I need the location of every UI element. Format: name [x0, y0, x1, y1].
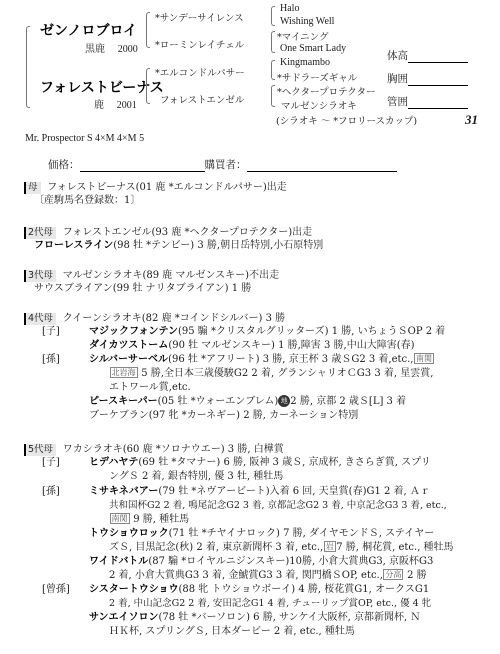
- gen4-e2-name: ダイカツストーム: [89, 340, 168, 351]
- gen2-dam-sire: *エルコンドルパサー: [155, 65, 245, 79]
- gen5-e5-text: (88 牝 トウショウボーイ) 4 勝, 桜花賞G1, オークスG1: [179, 584, 430, 595]
- inbreeding-note: Mr. Prospector S 4×M 4×M 5: [25, 133, 144, 144]
- height-input-line[interactable]: [408, 50, 468, 63]
- gen4-e4-text-a: (05 牡 *ウォーエンブレム): [158, 396, 279, 407]
- gen5-e4-cont2: 2 勝: [407, 570, 427, 581]
- gen5-e2-text: (79 牡 *ネヴアービート)入着 6 回, 天皇賞(春)G1 2 着, Ａｒ: [158, 486, 430, 497]
- page-number: 31: [465, 112, 478, 128]
- gen5-child-tag: [子]: [42, 456, 60, 470]
- gen5-grand-tag: [孫]: [42, 485, 60, 499]
- section-label-gen3: 3代母: [24, 270, 56, 282]
- dam-color-year: 鹿 2001: [94, 96, 137, 111]
- gen4-line1: クイーンシラオキ(82 鹿 *コインドシルバー) 3 勝: [63, 313, 285, 324]
- gen5-e6-text: (78 牡 *バーソロン) 6 勝, サンケイ大阪杯, 京都新聞杯, Ｎ: [159, 612, 421, 623]
- section-label-dam: 母: [24, 182, 41, 194]
- chest-label: 胸囲: [387, 73, 408, 85]
- track-badge-iwate: 岩: [324, 541, 336, 552]
- chest-input-line[interactable]: [408, 73, 468, 86]
- gen3-line1: マルゼンシラオキ(89 鹿 マルゼンスキー)不出走: [63, 270, 279, 281]
- gen5-e2-name: ミサキネバアー: [89, 486, 158, 497]
- section-label-gen2: 2代母: [24, 227, 56, 239]
- sire-year: 2000: [118, 44, 138, 55]
- gen4-e1-text: (95 騸 *クリスタルグリッターズ) 1 勝, いちょうＳOP 2 着: [178, 326, 445, 337]
- gen5-e1-text: (69 牡 *タマナー) 6 勝, 阪神 3 歳Ｓ, 京成杯, きさらぎ賞, ス…: [138, 457, 430, 468]
- gen5-line1: ワカシラオキ(60 鹿 *ソロナウエー) 3 勝, 白樺賞: [63, 444, 284, 455]
- section-label-gen5: 5代母: [24, 444, 56, 456]
- gen5-e1-name: ヒデハヤテ: [89, 457, 138, 468]
- family-line: (シラオキ 〜 *フロリースカップ): [276, 113, 417, 127]
- gen4-e3-cont: 5 勝,全日本三歳優駿G2 2 着, グランシャリオＣG3 3 着, 星雲賞,: [141, 368, 433, 379]
- gen3-3: *マイニング: [277, 29, 329, 43]
- gen5-e6-cont: ＨＫ杯, スプリングＳ, 日本ダービー 2 着, etc., 種牡馬: [109, 625, 355, 639]
- cannon-label: 管囲: [387, 96, 408, 108]
- gen3-6: *サドラーズギャル: [277, 70, 357, 84]
- chest-field[interactable]: 胸囲: [387, 71, 468, 86]
- track-badge-hokkaido-iwate-hokkai: 北岩海: [110, 367, 138, 378]
- sale-line: 価格：購買者：: [48, 157, 397, 172]
- gen4-e4-name: ピースキーパー: [89, 396, 158, 407]
- gen4-grand-tag: [孫]: [42, 353, 60, 367]
- sire-color: 黒鹿: [85, 44, 105, 55]
- gen5-e1-cont: ングＳ 2 着, 銀杏特別, 優 3 牡, 種牡馬: [109, 470, 283, 484]
- gen4-e3-name: シルバーサーベル: [89, 354, 168, 365]
- height-label: 体高: [387, 50, 408, 62]
- gen4-e2-text: (90 牡 マルゼンスキー) 1 勝,障害 3 勝,中山大障害(春): [168, 340, 414, 351]
- dam-foal-count: 〔産駒馬名登録数：1〕: [34, 194, 140, 208]
- dam-line1: フォレストビーナス(01 鹿 *エルコンドルパサー)出走: [47, 182, 287, 193]
- gen5-e3-text: (71 牡 *チヤイナロック) 7 勝, ダイヤモンドＳ, ステイヤー: [169, 528, 435, 539]
- gen5-e2-cont: 共和国杯G2 2 着, 鳴尾記念G2 3 着, 京都記念G2 3 着, 中京記念…: [109, 499, 447, 513]
- gen4-child-tag: [子]: [42, 325, 60, 339]
- gen5-e6-name: サンエイソロン: [89, 612, 159, 623]
- dam-brace: [146, 68, 150, 104]
- brace-g3-2: [271, 31, 275, 53]
- gen5-e3-cont-a: ズＳ, 目黒記念(秋) 2 着, 東京新聞杯 3 着, etc.,: [109, 542, 323, 553]
- gen5-e4-name: ワイドバトル: [89, 556, 148, 567]
- gen5-e5-name: シスタートウショウ: [89, 584, 179, 595]
- price-input-line[interactable]: [80, 159, 205, 172]
- gen5-e4-text: (87 騸 *ロイヤルニジンスキー)10勝, 小倉大賞典G3, 京阪杯G3: [148, 556, 433, 567]
- cannon-field[interactable]: 管囲: [387, 94, 468, 109]
- track-badge-oita-kochi: 分高: [383, 569, 403, 580]
- dam-year: 2001: [117, 100, 137, 111]
- gen4-e3-cont2: エトワール賞,etc.: [109, 381, 191, 395]
- gen2-sire-dam: *ローミンレイチェル: [155, 37, 244, 51]
- gen3-4: One Smart Lady: [280, 43, 346, 54]
- sire-brace: [146, 12, 150, 48]
- gen2-sire-sire: *サンデーサイレンス: [155, 10, 244, 24]
- gen3-7: *ヘクタープロテクター: [277, 84, 376, 98]
- gen3-8: マルゼンシラオキ: [281, 98, 357, 112]
- pedigree-brace: [26, 26, 30, 108]
- dam-color: 鹿: [94, 100, 104, 111]
- gen4-e3-text: (96 牡 *アフリート) 3 勝, 京王杯 3 歳ＳG2 3 着,etc.,: [168, 354, 413, 365]
- gen5-e3-name: トウショウロック: [89, 528, 169, 539]
- gen5-e4-cont: 2 着, 小倉大賞典G3 3 着, 金鯱賞G3 3 着, 関門橋ＳOP, etc…: [109, 570, 383, 581]
- sire-color-year: 黒鹿 2000: [85, 40, 138, 55]
- brace-g3-4: [271, 85, 275, 107]
- gen5-e3-cont-b: 7 勝, 桐花賞, etc., 種牡馬: [336, 542, 453, 553]
- sire-name: ゼンノロブロイ: [40, 20, 137, 40]
- gen4-e4-text-b: 2 勝, 京都 2 歳Ｓ[L] 3 着: [290, 396, 406, 407]
- gen3-5: Kingmambo: [280, 57, 330, 68]
- brace-g3-3: [271, 60, 275, 80]
- gen3-1: Halo: [280, 3, 299, 14]
- gen2-entry-text: (98 牡 *テンビー) 3 勝,朝日岳特別,小石原特別: [113, 240, 323, 251]
- gen5-great-grand-tag: [曾孫]: [42, 583, 70, 597]
- track-badge-nankan: 南関: [414, 353, 434, 364]
- gen2-dam-dam: フォレストエンゼル: [160, 92, 244, 106]
- gen2-line1: フォレストエンゼル(93 鹿 *ヘクタープロテクター)出走: [63, 227, 312, 238]
- section-label-gen4: 4代母: [24, 313, 56, 325]
- cannon-input-line[interactable]: [408, 96, 468, 109]
- gen5-e2-cont2: 9 勝, 種牡馬: [133, 514, 189, 525]
- track-badge-nankan: 南関: [110, 513, 130, 524]
- price-label: 価格：: [48, 159, 80, 171]
- gen5-e5-cont: 2 着, 中山記念G2 2 着, 安田記念G1 4 着, チューリップ賞OP, …: [109, 597, 431, 611]
- gen4-e5-text: ブーケブラン(97 牝 *カーネギー) 2 勝, カーネーション特別: [89, 409, 358, 423]
- gen3-line2: サウスブライアン(99 牡 ナリタブライアン) 1 勝: [34, 282, 251, 296]
- brace-g3-1: [271, 6, 275, 26]
- height-field[interactable]: 体高: [387, 48, 468, 63]
- buyer-input-line[interactable]: [247, 159, 397, 172]
- buyer-label: 購買者：: [205, 159, 247, 171]
- local-circle-badge: 地: [278, 395, 290, 407]
- gen3-2: Wishing Well: [280, 16, 334, 27]
- gen2-entry-name: フローレスライン: [34, 240, 113, 251]
- gen4-e1-name: マジックフォンテン: [89, 326, 178, 337]
